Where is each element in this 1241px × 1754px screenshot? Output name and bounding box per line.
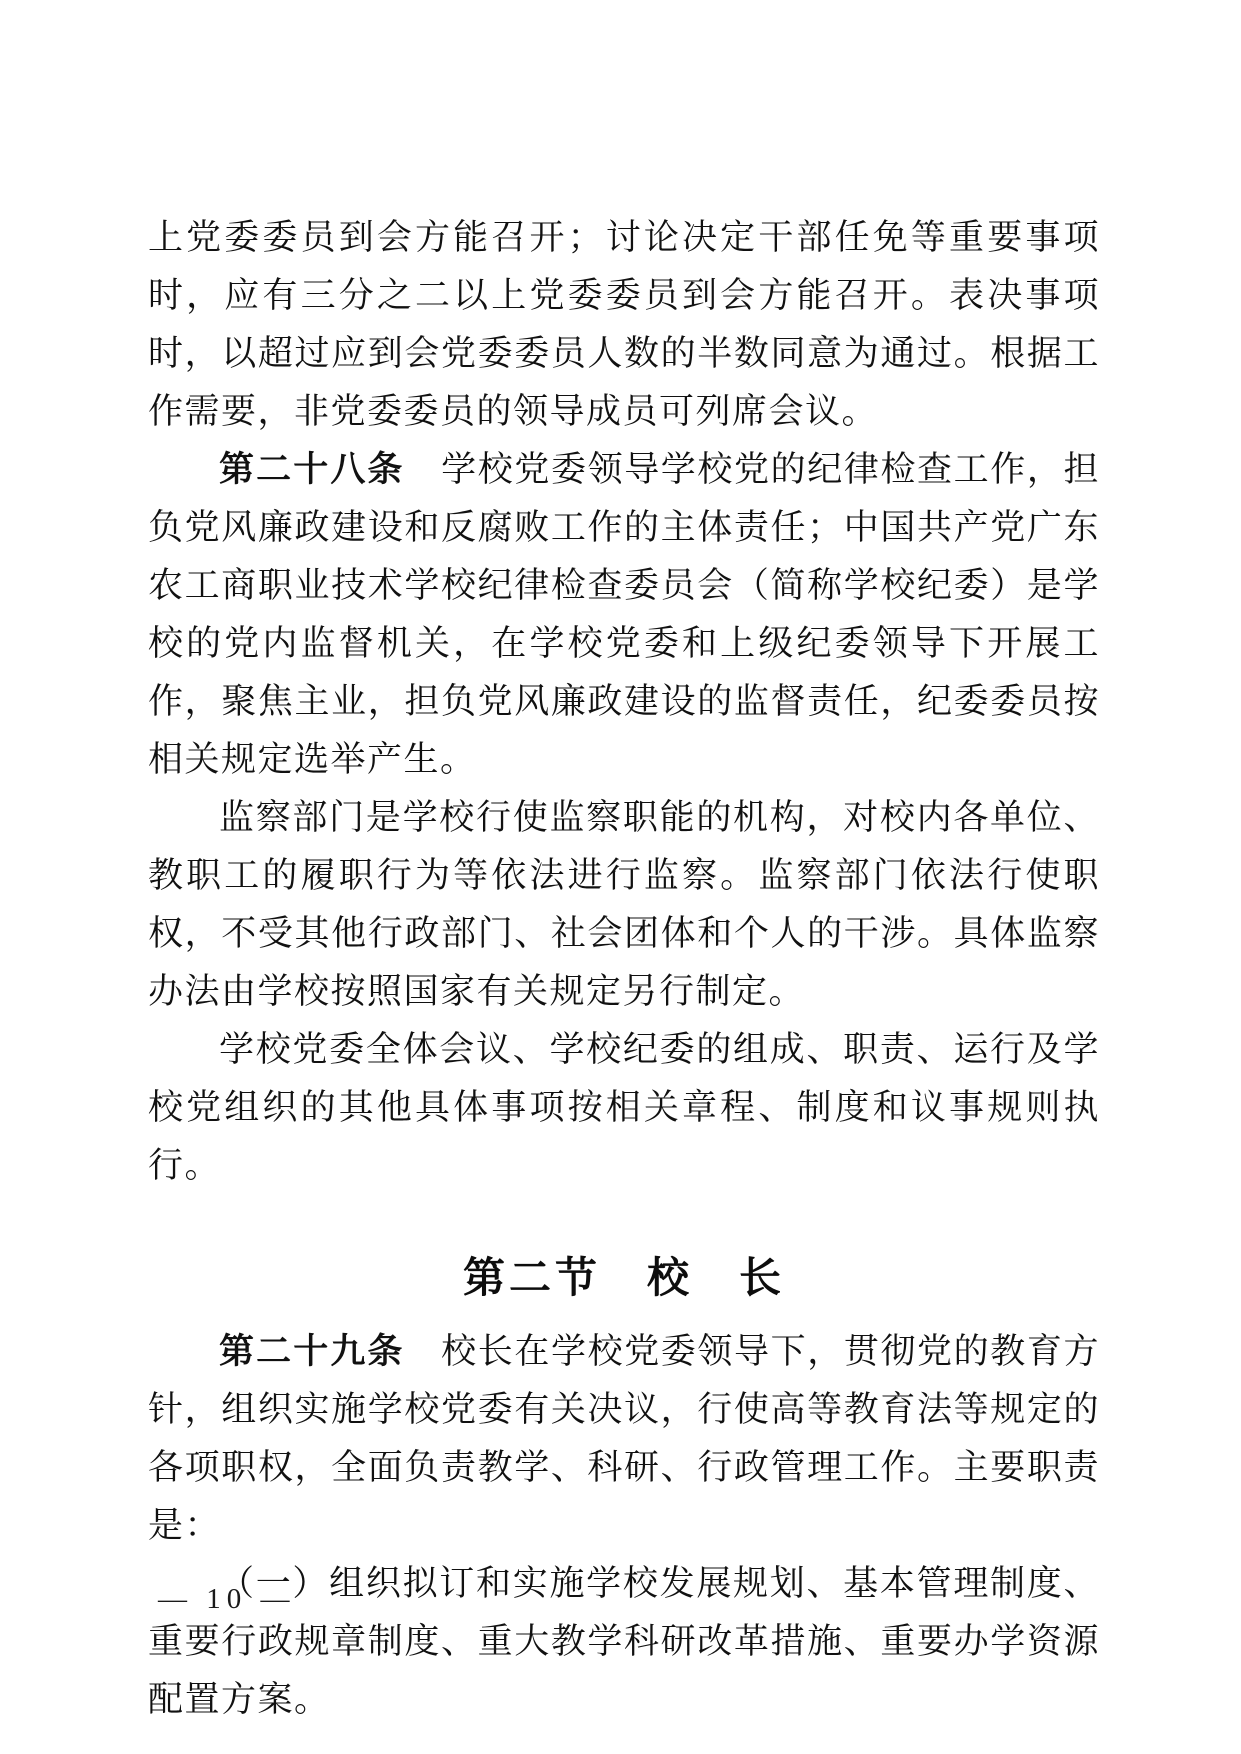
article-number-label: 第二十八条 xyxy=(219,450,405,489)
page-number: — 10 — xyxy=(158,1582,296,1616)
paragraph-supervision: 监察部门是学校行使监察职能的机构，对校内各单位、教职工的履职行为等依法进行监察。… xyxy=(148,789,1100,1021)
document-body: 上党委委员到会方能召开；讨论决定干部任免等重要事项时，应有三分之二以上党委委员到… xyxy=(148,209,1100,1729)
paragraph-text: 监察部门是学校行使监察职能的机构，对校内各单位、教职工的履职行为等依法进行监察。… xyxy=(148,798,1100,1011)
paragraph-continuation: 上党委委员到会方能召开；讨论决定干部任免等重要事项时，应有三分之二以上党委委员到… xyxy=(148,209,1100,441)
section-heading: 第二节 校 长 xyxy=(148,1247,1100,1309)
paragraph-text: 学校党委全体会议、学校纪委的组成、职责、运行及学校党组织的其他具体事项按相关章程… xyxy=(148,1030,1100,1185)
paragraph-article-29: 第二十九条 校长在学校党委领导下，贯彻党的教育方针，组织实施学校党委有关决议，行… xyxy=(148,1323,1100,1555)
article-number-label: 第二十九条 xyxy=(219,1332,405,1371)
document-page: 上党委委员到会方能召开；讨论决定干部任免等重要事项时，应有三分之二以上党委委员到… xyxy=(0,0,1241,1754)
paragraph-text: 学校党委领导学校党的纪律检查工作，担负党风廉政建设和反腐败工作的主体责任；中国共… xyxy=(148,450,1100,779)
paragraph-text: 上党委委员到会方能召开；讨论决定干部任免等重要事项时，应有三分之二以上党委委员到… xyxy=(148,218,1100,431)
paragraph-article-28: 第二十八条 学校党委领导学校党的纪律检查工作，担负党风廉政建设和反腐败工作的主体… xyxy=(148,441,1100,789)
paragraph-committee-rules: 学校党委全体会议、学校纪委的组成、职责、运行及学校党组织的其他具体事项按相关章程… xyxy=(148,1021,1100,1195)
